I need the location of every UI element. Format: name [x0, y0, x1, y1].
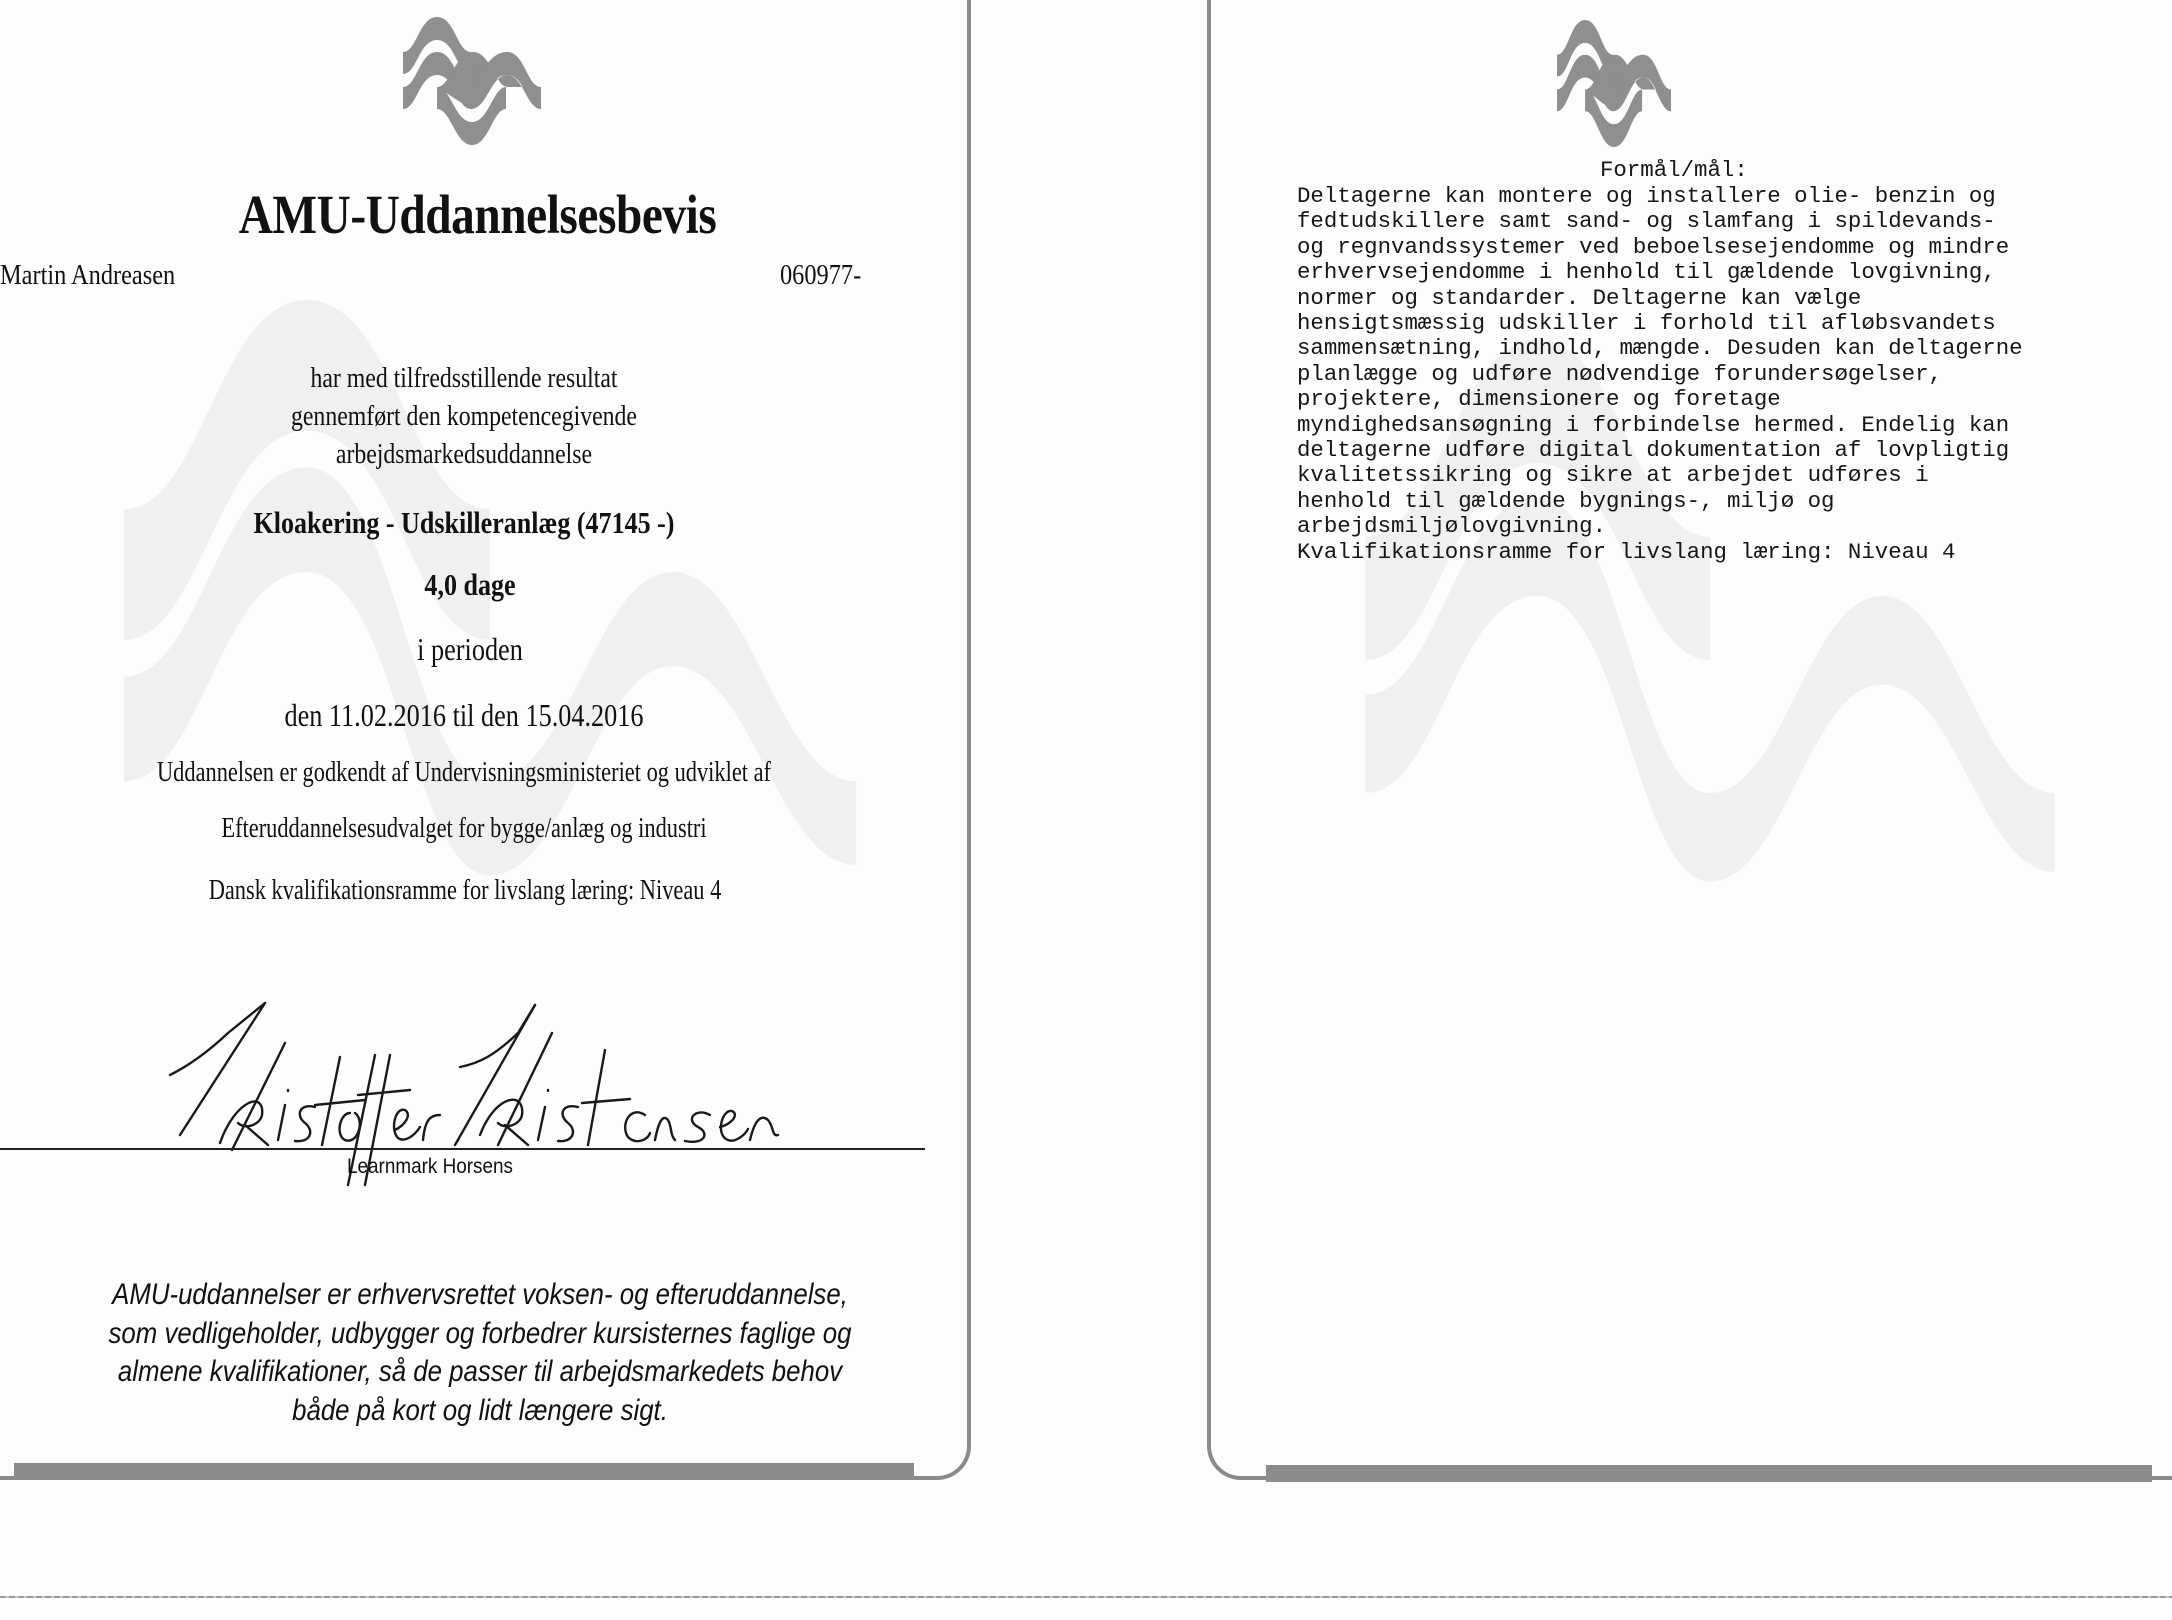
- intro-line: har med tilfredsstillende resultat: [84, 362, 845, 395]
- footer-bar: [1266, 1465, 2152, 1482]
- scan-edge-line: [0, 1596, 2172, 1598]
- course-title: Kloakering - Udskilleranlæg (47145 -): [74, 505, 854, 541]
- period-wrap: den 11.02.2016 til den 15.04.2016: [0, 697, 928, 734]
- intro-line: arbejdsmarkedsuddannelse: [84, 438, 845, 471]
- purpose-line: henhold til gældende bygnings-, miljø og: [1297, 489, 2023, 514]
- footer-text: AMU-uddannelser er erhvervsrettet voksen…: [0, 1276, 960, 1430]
- issuer-name: Learnmark Horsens: [250, 1155, 610, 1179]
- duration-wrap: 4,0 dage: [0, 567, 940, 603]
- intro-line-3-wrap: arbejdsmarkedsuddannelse: [0, 438, 928, 471]
- purpose-line: deltagerne udføre digital dokumentation …: [1297, 438, 2023, 463]
- purpose-line: og regnvandssystemer ved beboelsesejendo…: [1297, 235, 2023, 260]
- purpose-line: Deltagerne kan montere og installere oli…: [1297, 184, 2023, 209]
- purpose-heading: Formål/mål:: [1600, 157, 1748, 183]
- course-duration: 4,0 dage: [75, 567, 865, 603]
- intro-line-2-wrap: gennemført den kompetencegivende: [0, 400, 928, 433]
- approval-2-wrap: Efteruddannelsesudvalget for bygge/anlæg…: [0, 813, 928, 845]
- issuer-wrap: Learnmark Horsens: [230, 1155, 630, 1179]
- qualification-wrap: Dansk kvalifikationsramme for livslang l…: [0, 875, 930, 907]
- qualification-level: Dansk kvalifikationsramme for livslang l…: [93, 875, 837, 907]
- footer-line: både på kort og lidt længere sigt.: [67, 1392, 893, 1431]
- purpose-line: hensigtsmæssig udskiller i forhold til a…: [1297, 311, 2023, 336]
- signature-line: [0, 1148, 925, 1150]
- purpose-line: kvalitetssikring og sikre at arbejdet ud…: [1297, 463, 2023, 488]
- purpose-line: fedtudskillere samt sand- og slamfang i …: [1297, 209, 2023, 234]
- purpose-line: myndighedsansøgning i forbindelse hermed…: [1297, 413, 2023, 438]
- amu-logo-icon: [403, 17, 541, 145]
- purpose-line: erhvervsejendomme i henhold til gældende…: [1297, 260, 2023, 285]
- purpose-line: normer og standarder. Deltagerne kan væl…: [1297, 286, 2023, 311]
- intro-line-1-wrap: har med tilfredsstillende resultat: [0, 362, 928, 395]
- certificate-title: AMU-Uddannelsesbevis: [67, 183, 888, 246]
- approval-line: Efteruddannelsesudvalget for bygge/anlæg…: [93, 813, 835, 845]
- approval-1-wrap: Uddannelsen er godkendt af Undervisnings…: [0, 757, 928, 789]
- footer-bar: [14, 1463, 914, 1480]
- approval-line: Uddannelsen er godkendt af Undervisnings…: [93, 757, 835, 789]
- footer-line: AMU-uddannelser er erhvervsrettet voksen…: [67, 1276, 893, 1315]
- footer-line: som vedligeholder, udbygger og forbedrer…: [67, 1315, 893, 1354]
- participant-id: 060977-: [780, 259, 861, 292]
- purpose-line: arbejdsmiljølovgivning.: [1297, 514, 2023, 539]
- purpose-line: sammensætning, indhold, mængde. Desuden …: [1297, 336, 2023, 361]
- period-label: i perioden: [85, 631, 856, 668]
- certificate-title-wrap: AMU-Uddannelsesbevis: [0, 183, 955, 246]
- footer-line: almene kvalifikationer, så de passer til…: [67, 1353, 893, 1392]
- intro-line: gennemført den kompetencegivende: [84, 400, 845, 433]
- amu-logo-icon: [1557, 20, 1671, 147]
- qualification-level: Kvalifikationsramme for livslang læring:…: [1297, 540, 2023, 565]
- course-period: den 11.02.2016 til den 15.04.2016: [84, 697, 845, 734]
- purpose-line: planlægge og udføre nødvendige forunders…: [1297, 362, 2023, 387]
- purpose-line: projektere, dimensionere og foretage: [1297, 387, 2023, 412]
- purpose-body: Deltagerne kan montere og installere oli…: [1297, 184, 2023, 565]
- period-label-wrap: i perioden: [0, 631, 940, 668]
- course-title-wrap: Kloakering - Udskilleranlæg (47145 -): [0, 505, 928, 541]
- participant-name: Martin Andreasen: [0, 259, 175, 292]
